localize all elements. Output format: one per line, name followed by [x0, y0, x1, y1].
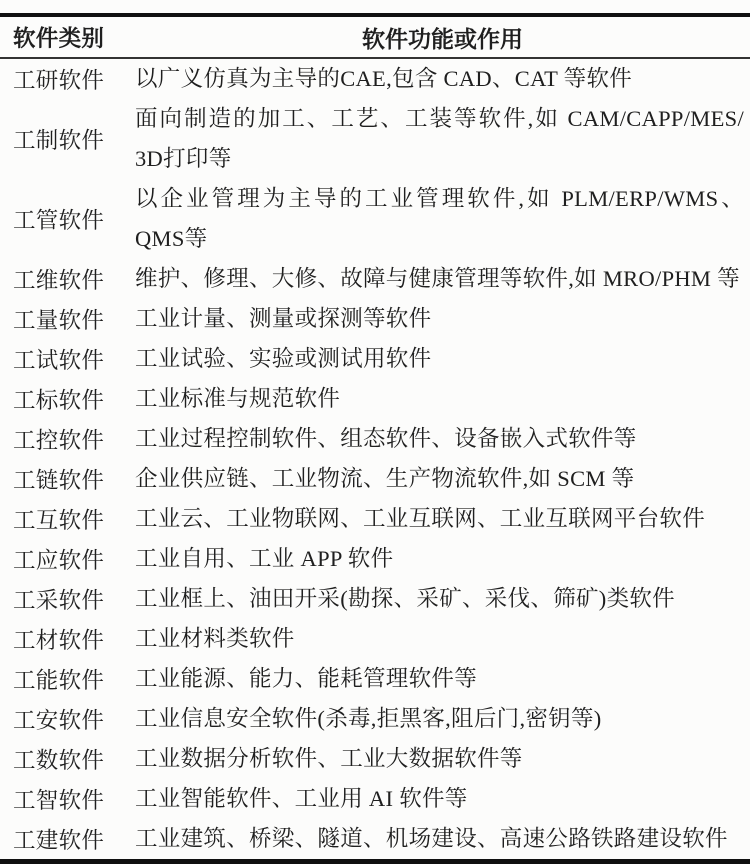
- description-line: 工业建筑、桥梁、隧道、机场建设、高速公路铁路建设软件: [135, 819, 744, 859]
- category-cell: 工能软件: [0, 663, 135, 695]
- description-line: 以企业管理为主导的工业管理软件,如 PLM/ERP/WMS、: [135, 179, 744, 219]
- description-cell: 企业供应链、工业物流、生产物流软件,如 SCM 等: [135, 459, 750, 499]
- category-cell: 工研软件: [0, 63, 135, 95]
- description-cell: 工业过程控制软件、组态软件、设备嵌入式软件等: [135, 419, 750, 459]
- category-cell: 工链软件: [0, 463, 135, 495]
- category-cell: 工安软件: [0, 703, 135, 735]
- description-line: 面向制造的加工、工艺、工装等软件,如 CAM/CAPP/MES/: [135, 99, 744, 139]
- description-line: 工业标准与规范软件: [135, 379, 744, 419]
- description-line: 工业信息安全软件(杀毒,拒黑客,阻后门,密钥等): [135, 699, 744, 739]
- category-cell: 工应软件: [0, 543, 135, 575]
- table-row: 工试软件 工业试验、实验或测试用软件: [0, 339, 750, 379]
- description-cell: 工业数据分析软件、工业大数据软件等: [135, 739, 750, 779]
- table-row: 工建软件 工业建筑、桥梁、隧道、机场建设、高速公路铁路建设软件: [0, 819, 750, 859]
- software-category-table: 软件类别 软件功能或作用 工研软件 以广义仿真为主导的CAE,包含 CAD、CA…: [0, 13, 750, 864]
- description-line: QMS等: [135, 219, 744, 259]
- category-cell: 工采软件: [0, 583, 135, 615]
- category-cell: 工试软件: [0, 343, 135, 375]
- description-cell: 工业计量、测量或探测等软件: [135, 299, 750, 339]
- scanned-page: 软件类别 软件功能或作用 工研软件 以广义仿真为主导的CAE,包含 CAD、CA…: [0, 0, 750, 864]
- table-row: 工能软件 工业能源、能力、能耗管理软件等: [0, 659, 750, 699]
- category-cell: 工控软件: [0, 423, 135, 455]
- table-row: 工量软件 工业计量、测量或探测等软件: [0, 299, 750, 339]
- description-cell: 工业试验、实验或测试用软件: [135, 339, 750, 379]
- description-cell: 工业信息安全软件(杀毒,拒黑客,阻后门,密钥等): [135, 699, 750, 739]
- table-row: 工材软件 工业材料类软件: [0, 619, 750, 659]
- description-cell: 以广义仿真为主导的CAE,包含 CAD、CAT 等软件: [135, 59, 750, 99]
- description-cell: 工业标准与规范软件: [135, 379, 750, 419]
- description-line: 工业智能软件、工业用 AI 软件等: [135, 779, 744, 819]
- table-row: 工管软件 以企业管理为主导的工业管理软件,如 PLM/ERP/WMS、 QMS等: [0, 179, 750, 259]
- description-line: 工业过程控制软件、组态软件、设备嵌入式软件等: [135, 419, 744, 459]
- description-cell: 工业云、工业物联网、工业互联网、工业互联网平台软件: [135, 499, 750, 539]
- table-row: 工研软件 以广义仿真为主导的CAE,包含 CAD、CAT 等软件: [0, 59, 750, 99]
- category-cell: 工量软件: [0, 303, 135, 335]
- category-cell: 工维软件: [0, 263, 135, 295]
- description-line: 工业数据分析软件、工业大数据软件等: [135, 739, 744, 779]
- description-line: 工业计量、测量或探测等软件: [135, 299, 744, 339]
- table-header-row: 软件类别 软件功能或作用: [0, 17, 750, 59]
- description-line: 3D打印等: [135, 139, 744, 179]
- table-row: 工链软件 企业供应链、工业物流、生产物流软件,如 SCM 等: [0, 459, 750, 499]
- description-cell: 工业框上、油田开采(勘探、采矿、采伐、筛矿)类软件: [135, 579, 750, 619]
- category-cell: 工智软件: [0, 783, 135, 815]
- category-cell: 工标软件: [0, 383, 135, 415]
- table-row: 工互软件 工业云、工业物联网、工业互联网、工业互联网平台软件: [0, 499, 750, 539]
- header-category: 软件类别: [0, 21, 135, 53]
- category-cell: 工材软件: [0, 623, 135, 655]
- description-cell: 维护、修理、大修、故障与健康管理等软件,如 MRO/PHM 等: [135, 259, 750, 299]
- category-cell: 工建软件: [0, 823, 135, 855]
- description-cell: 以企业管理为主导的工业管理软件,如 PLM/ERP/WMS、 QMS等: [135, 179, 750, 259]
- table-row: 工维软件 维护、修理、大修、故障与健康管理等软件,如 MRO/PHM 等: [0, 259, 750, 299]
- table-row: 工应软件 工业自用、工业 APP 软件: [0, 539, 750, 579]
- category-cell: 工互软件: [0, 503, 135, 535]
- description-line: 工业材料类软件: [135, 619, 744, 659]
- category-cell: 工数软件: [0, 743, 135, 775]
- table-row: 工采软件 工业框上、油田开采(勘探、采矿、采伐、筛矿)类软件: [0, 579, 750, 619]
- category-cell: 工管软件: [0, 203, 135, 235]
- description-line: 维护、修理、大修、故障与健康管理等软件,如 MRO/PHM 等: [135, 259, 744, 299]
- description-cell: 工业智能软件、工业用 AI 软件等: [135, 779, 750, 819]
- table-row: 工标软件 工业标准与规范软件: [0, 379, 750, 419]
- table-row: 工智软件 工业智能软件、工业用 AI 软件等: [0, 779, 750, 819]
- description-cell: 工业能源、能力、能耗管理软件等: [135, 659, 750, 699]
- description-cell: 工业材料类软件: [135, 619, 750, 659]
- description-cell: 工业自用、工业 APP 软件: [135, 539, 750, 579]
- table-row: 工制软件 面向制造的加工、工艺、工装等软件,如 CAM/CAPP/MES/ 3D…: [0, 99, 750, 179]
- description-cell: 工业建筑、桥梁、隧道、机场建设、高速公路铁路建设软件: [135, 819, 750, 859]
- description-line: 工业能源、能力、能耗管理软件等: [135, 659, 744, 699]
- description-cell: 面向制造的加工、工艺、工装等软件,如 CAM/CAPP/MES/ 3D打印等: [135, 99, 750, 179]
- description-line: 工业自用、工业 APP 软件: [135, 539, 744, 579]
- category-cell: 工制软件: [0, 123, 135, 155]
- table-row: 工控软件 工业过程控制软件、组态软件、设备嵌入式软件等: [0, 419, 750, 459]
- description-line: 以广义仿真为主导的CAE,包含 CAD、CAT 等软件: [135, 59, 744, 99]
- table-row: 工安软件 工业信息安全软件(杀毒,拒黑客,阻后门,密钥等): [0, 699, 750, 739]
- description-line: 企业供应链、工业物流、生产物流软件,如 SCM 等: [135, 459, 744, 499]
- description-line: 工业云、工业物联网、工业互联网、工业互联网平台软件: [135, 499, 744, 539]
- description-line: 工业框上、油田开采(勘探、采矿、采伐、筛矿)类软件: [135, 579, 744, 619]
- header-function: 软件功能或作用: [135, 21, 750, 54]
- description-line: 工业试验、实验或测试用软件: [135, 339, 744, 379]
- table-row: 工数软件 工业数据分析软件、工业大数据软件等: [0, 739, 750, 779]
